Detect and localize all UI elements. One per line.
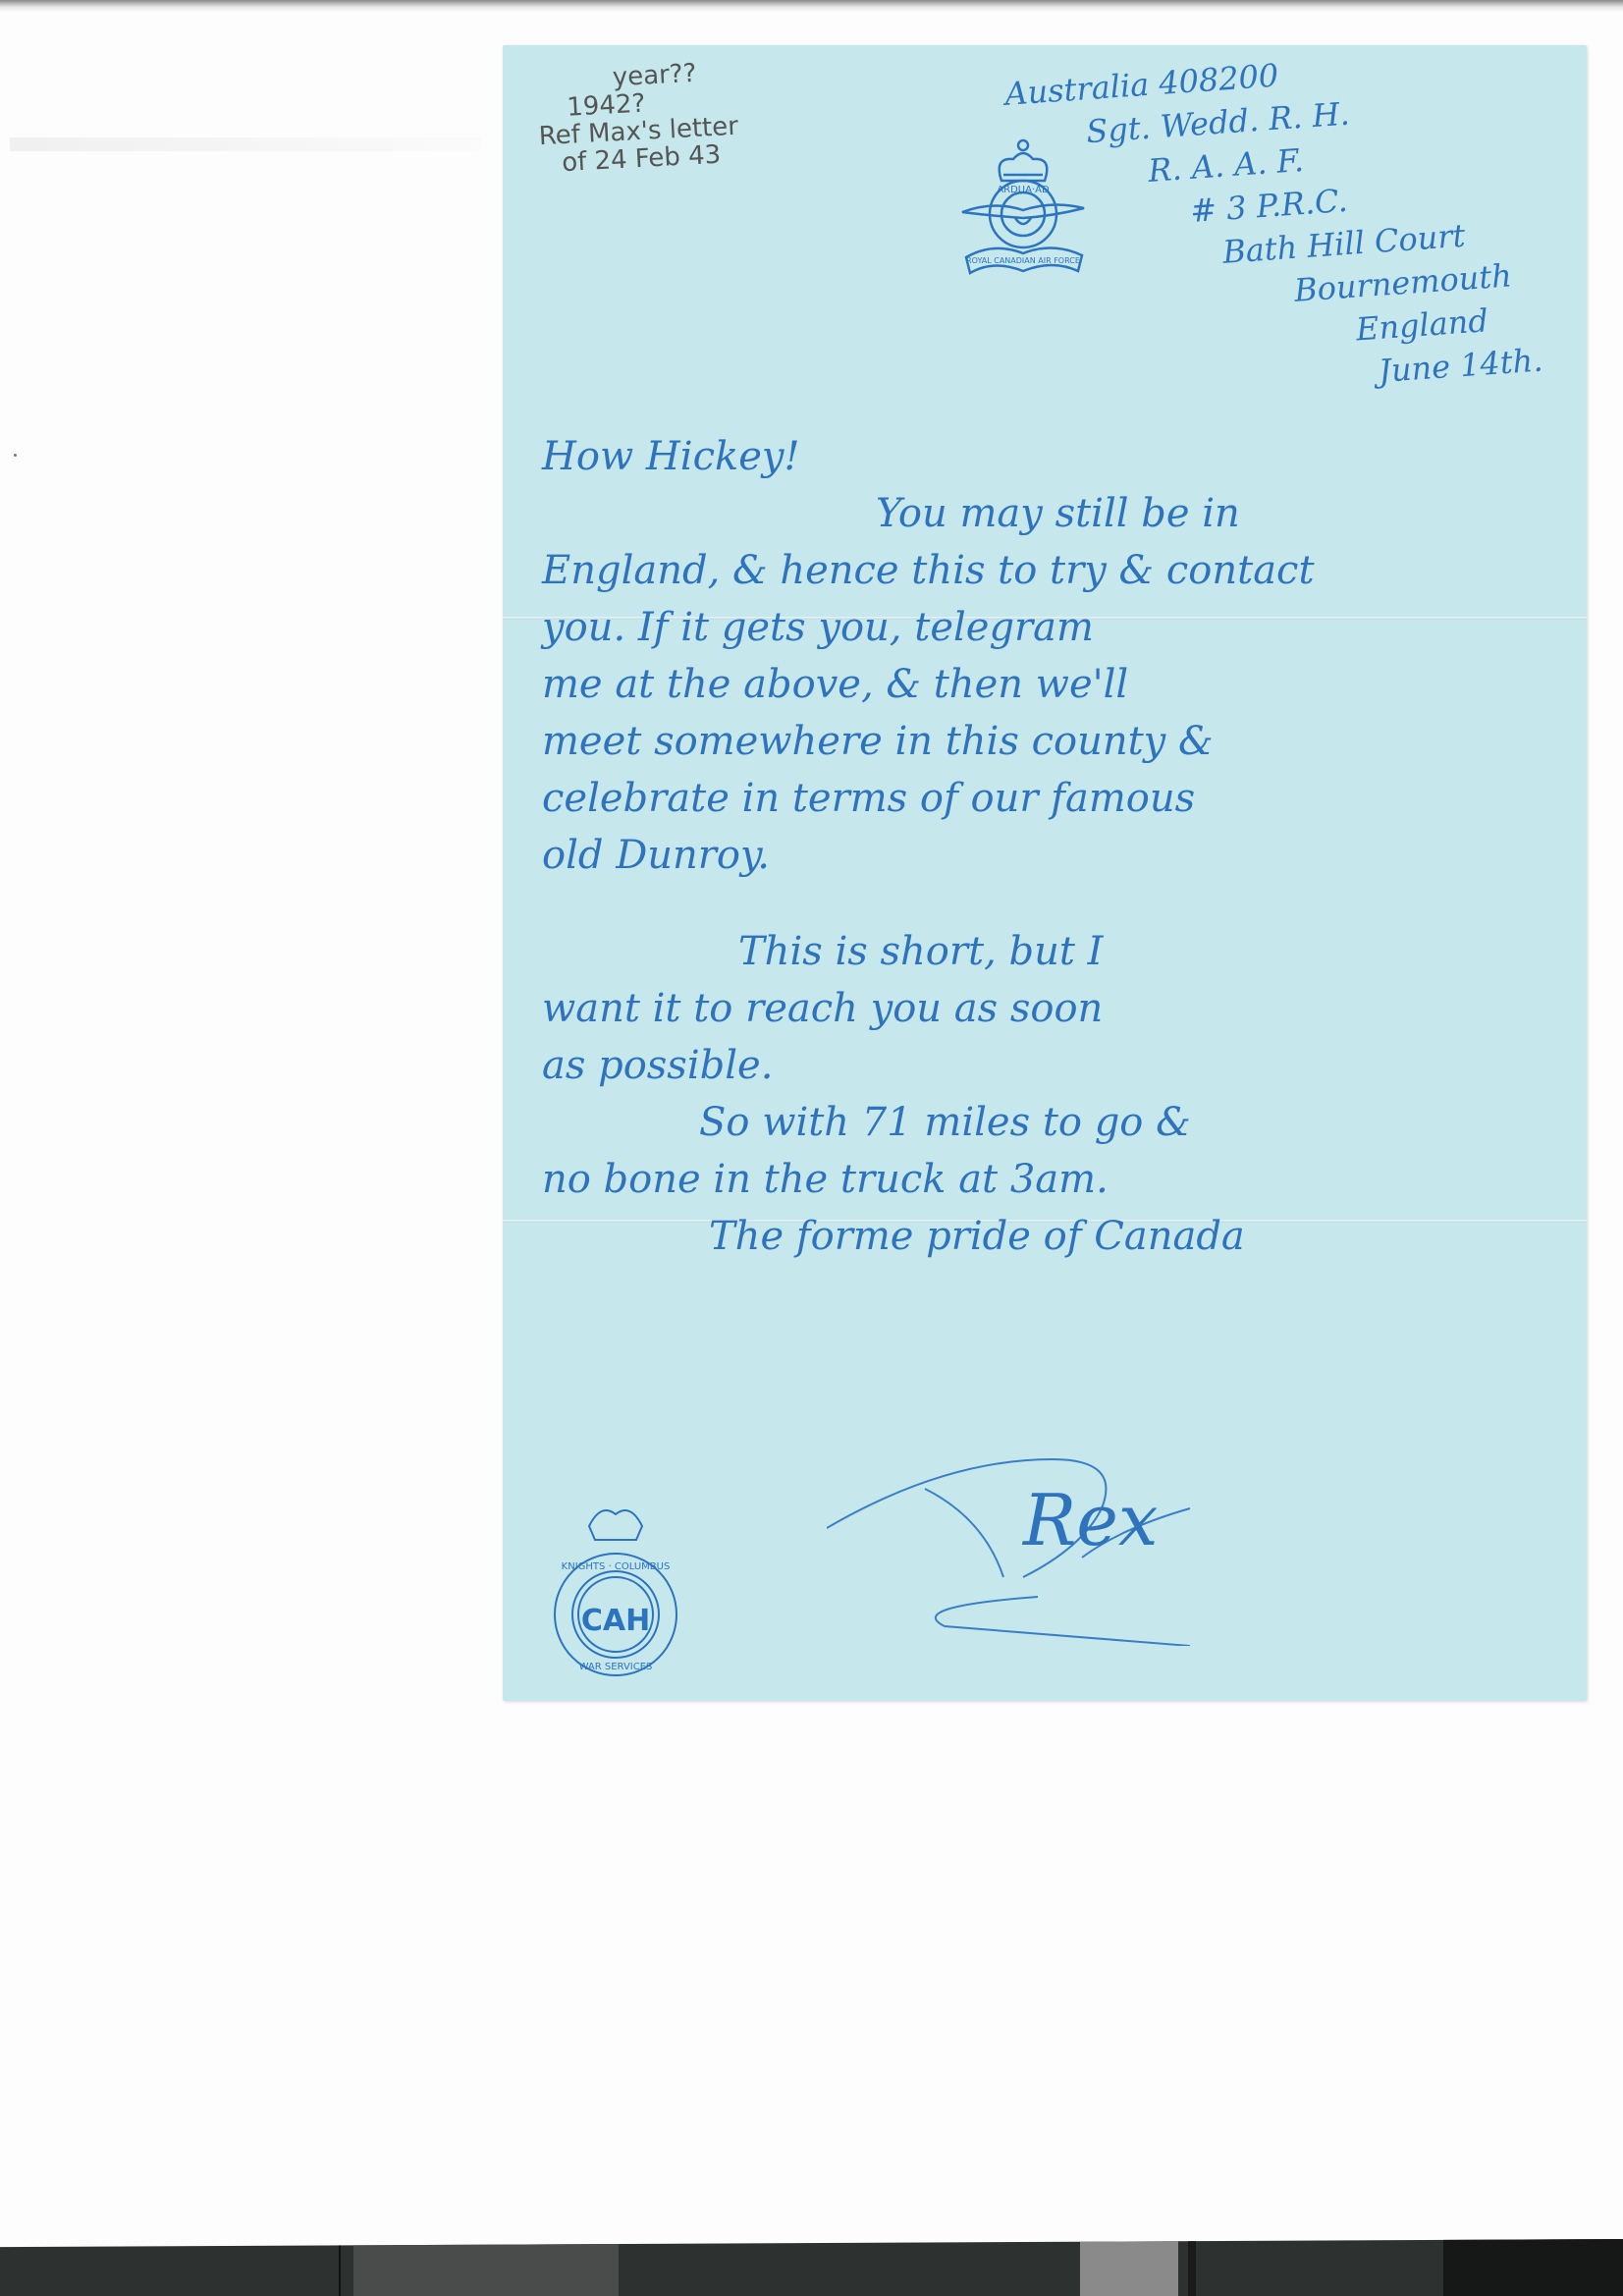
letter-page: year?? 1942? Ref Max's letter of 24 Feb …: [503, 45, 1587, 1701]
svg-text:WAR SERVICES: WAR SERVICES: [579, 1662, 653, 1672]
letter-line: You may still be in: [542, 485, 1543, 542]
svg-text:KNIGHTS · COLUMBUS: KNIGHTS · COLUMBUS: [562, 1561, 671, 1572]
letter-line: So with 71 miles to go &: [542, 1094, 1543, 1151]
return-address: Australia 408200 Sgt. Wedd. R. H. R. A. …: [1003, 36, 1544, 417]
signature: Rex: [827, 1420, 1298, 1646]
letter-line: want it to reach you as soon: [542, 980, 1543, 1037]
letter-line: you. If it gets you, telegram: [542, 599, 1543, 656]
svg-text:CAH: CAH: [581, 1604, 650, 1638]
knights-of-columbus-seal-icon: CAH KNIGHTS · COLUMBUS WAR SERVICES: [542, 1497, 689, 1683]
scan-bleed-through: [10, 137, 481, 151]
letter-line: me at the above, & then we'll: [542, 656, 1543, 713]
signature-name: Rex: [1023, 1479, 1158, 1561]
letter-body: How Hickey! You may still be in England,…: [542, 428, 1543, 1265]
scanner-edge: [0, 2239, 1623, 2296]
salutation: How Hickey!: [542, 428, 1543, 485]
scan-edge-shadow: [0, 0, 1623, 12]
letter-line: England, & hence this to try & contact: [542, 542, 1543, 599]
letter-line: no bone in the truck at 3am.: [542, 1151, 1543, 1208]
pencil-annotation: year?? 1942? Ref Max's letter of 24 Feb …: [535, 58, 740, 178]
letter-line: meet somewhere in this county &: [542, 713, 1543, 770]
letter-line: celebrate in terms of our famous: [542, 770, 1543, 827]
closing-line: The forme pride of Canada: [542, 1208, 1543, 1265]
letter-line: as possible.: [542, 1037, 1543, 1094]
scan-speck: [14, 454, 17, 457]
letter-line: This is short, but I: [542, 923, 1543, 980]
letter-line: old Dunroy.: [542, 827, 1543, 884]
